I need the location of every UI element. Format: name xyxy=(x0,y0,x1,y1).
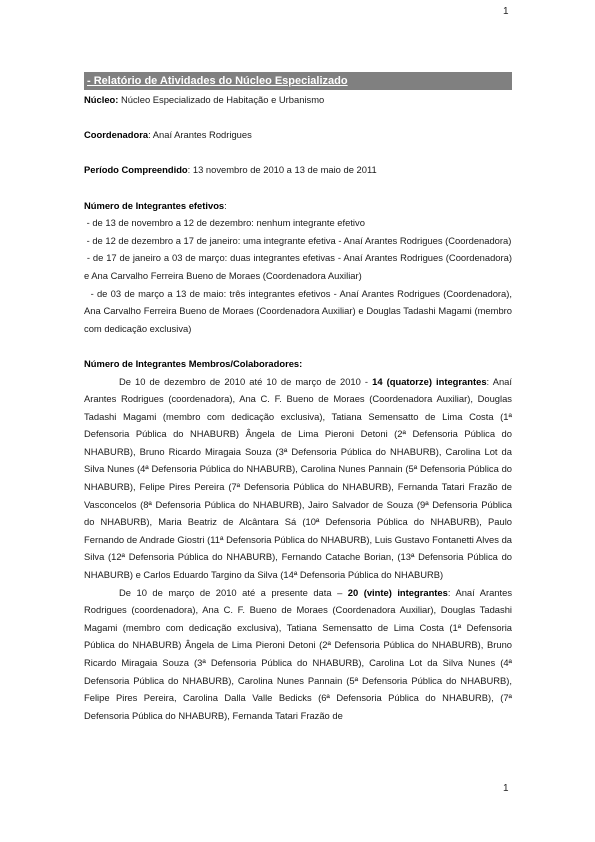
nucleo-label: Núcleo: xyxy=(84,94,118,105)
membros-paragraph: De 10 de dezembro de 2010 até 10 de març… xyxy=(84,373,512,584)
coordenadora-label: Coordenadora xyxy=(84,129,148,140)
efetivos-item: - de 17 de janeiro a 03 de março: duas i… xyxy=(84,249,512,284)
membros-paragraph-prefix: De 10 de dezembro de 2010 até 10 de març… xyxy=(119,376,372,387)
page-number-top: 1 xyxy=(503,6,509,17)
section-title: - Relatório de Atividades do Núcleo Espe… xyxy=(87,75,348,87)
document-body: - Relatório de Atividades do Núcleo Espe… xyxy=(84,72,512,724)
page-number-bottom: 1 xyxy=(503,783,509,794)
membros-paragraph-text: : Anaí Arantes Rodrigues (coordenadora),… xyxy=(84,376,512,581)
membros-heading: Número de Integrantes Membros/Colaborado… xyxy=(84,355,512,373)
membros-paragraph: De 10 de março de 2010 até a presente da… xyxy=(84,584,512,725)
efetivos-heading: Número de Integrantes efetivos: xyxy=(84,197,512,215)
efetivos-item: - de 12 de dezembro a 17 de janeiro: uma… xyxy=(84,232,512,250)
coordenadora-value: : Anaí Arantes Rodrigues xyxy=(148,129,252,140)
section-title-bar: - Relatório de Atividades do Núcleo Espe… xyxy=(84,72,512,90)
membros-count: 20 (vinte) integrantes xyxy=(348,587,448,598)
nucleo-value: Núcleo Especializado de Habitação e Urba… xyxy=(118,94,324,105)
efetivos-heading-text: Número de Integrantes efetivos xyxy=(84,200,224,211)
coordenadora-line: Coordenadora: Anaí Arantes Rodrigues xyxy=(84,126,512,144)
efetivos-heading-suffix: : xyxy=(224,200,227,211)
membros-paragraph-prefix: De 10 de março de 2010 até a presente da… xyxy=(119,587,348,598)
efetivos-item: - de 13 de novembro a 12 de dezembro: ne… xyxy=(84,214,512,232)
efetivos-item: - de 03 de março a 13 de maio: três inte… xyxy=(84,285,512,338)
periodo-label: Período Compreendido xyxy=(84,164,188,175)
membros-paragraph-text: : Anaí Arantes Rodrigues (coordenadora),… xyxy=(84,587,512,721)
periodo-line: Período Compreendido: 13 novembro de 201… xyxy=(84,161,512,179)
membros-count: 14 (quatorze) integrantes xyxy=(372,376,486,387)
periodo-value: : 13 novembro de 2010 a 13 de maio de 20… xyxy=(188,164,377,175)
nucleo-line: Núcleo: Núcleo Especializado de Habitaçã… xyxy=(84,91,512,109)
